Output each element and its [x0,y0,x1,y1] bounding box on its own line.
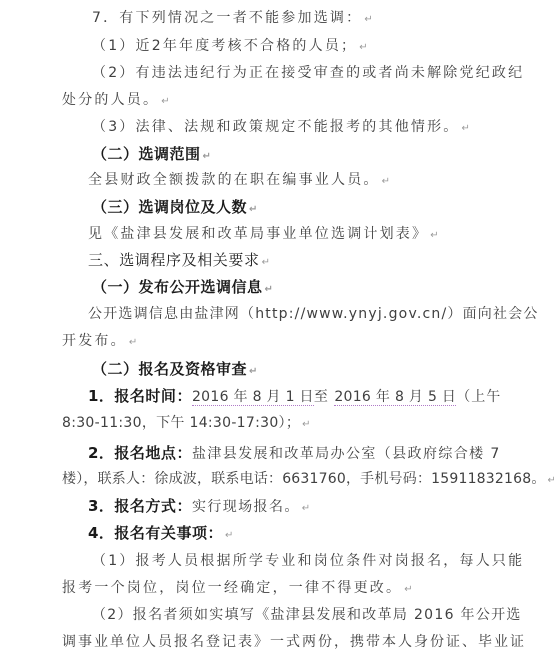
section-publish-heading: （一）发布公开选调信息↵ [92,277,273,300]
note-2-line1: （2）报名者须如实填写《盐津县发展和改革局 2016 年公开选 [92,605,522,625]
paragraph-mark-icon: ↵ [359,42,367,53]
exclusion-1: （1）近2年年度考核不合格的人员；↵ [92,36,368,58]
paragraph-mark-icon: ↵ [129,337,137,348]
registration-place-cont: 楼），联系人：徐成波，联系电话：6631760，手机号码：15911832168… [62,469,554,491]
paragraph-mark-icon: ↵ [161,96,169,107]
scope-text: 全县财政全额拨款的在职在编事业人员。↵ [88,170,390,192]
paragraph-mark-icon: ↵ [302,503,310,514]
section-3-heading: 三、选调程序及相关要求↵ [88,250,270,273]
paragraph-mark-icon: ↵ [548,475,554,486]
registration-time-cont: 8:30-11:30，下午 14:30-17:30）；↵ [62,413,311,435]
note-1-line2: 报考一个岗位，岗位一经确定，一律不得更改。↵ [62,578,413,600]
line-text: 调事业单位人员报名登记表》一式两份，携带本人身份证、毕业证 [62,634,526,650]
publish-text-line2: 开发布。↵ [62,331,137,353]
registration-place-label: 2．报名地点： [88,444,192,462]
paragraph-mark-icon: ↵ [404,584,412,595]
date-start: 2016 年 8 月 1 日 [192,389,314,406]
heading-text: （二）选调范围 [92,145,201,163]
line-text: （2）报名者须如实填写《盐津县发展和改革局 2016 年公开选 [92,607,522,623]
publish-text-line1: 公开选调信息由盐津网（http://www.ynyj.gov.cn/）面向社会公 [88,304,539,324]
section-scope-heading: （二）选调范围↵ [92,144,211,167]
line-text: 8:30-11:30，下午 14:30-17:30）； [62,415,300,431]
paragraph-mark-icon: ↵ [462,123,470,134]
registration-time: 1．报名时间：2016 年 8 月 1 日至 2016 年 8 月 5 日（上午 [88,386,501,407]
date-after: （上午 [456,389,501,405]
section-registration-heading: （二）报名及资格审查↵ [92,359,257,382]
line-text: 全县财政全额拨款的在职在编事业人员。 [88,172,380,188]
line-text: （1）报考人员根据所学专业和岗位条件对岗报名，每人只能 [92,553,524,569]
note-1-line1: （1）报考人员根据所学专业和岗位条件对岗报名，每人只能 [92,551,524,571]
paragraph-mark-icon: ↵ [382,176,390,187]
line-text: 见《盐津县发展和改革局事业单位选调计划表》 [88,226,428,242]
paragraph-mark-icon: ↵ [249,204,257,215]
registration-method-label: 3．报名方式： [88,497,192,515]
exclusion-2-line2: 处分的人员。↵ [62,90,170,112]
line-text: 楼），联系人：徐成波，联系电话：6631760，手机号码：15911832168… [62,471,546,487]
line-text: 7．有下列情况之一者不能参加选调： [92,10,362,26]
heading-text: （二）报名及资格审查 [92,360,247,378]
line-text: （3）法律、法规和政策规定不能报考的其他情形。 [92,119,460,135]
paragraph-mark-icon: ↵ [430,230,438,241]
line-text: 报考一个岗位，岗位一经确定，一律不得更改。 [62,580,402,596]
registration-place: 2．报名地点：盐津县发展和改革局办公室（县政府综合楼 7 [88,443,501,464]
note-2-line2: 调事业单位人员报名登记表》一式两份，携带本人身份证、毕业证 [62,632,526,652]
section-positions-heading: （三）选调岗位及人数↵ [92,197,257,220]
paragraph-mark-icon: ↵ [364,14,372,25]
paragraph-mark-icon: ↵ [225,530,233,541]
line-text: 处分的人员。 [62,92,159,108]
registration-method-value: 实行现场报名。 [192,499,300,515]
line-text: （1）近2年年度考核不合格的人员； [92,38,357,54]
document-page: 7．有下列情况之一者不能参加选调：↵ （1）近2年年度考核不合格的人员；↵ （2… [0,0,554,659]
paragraph-mark-icon: ↵ [249,366,257,377]
paragraph-mark-icon: ↵ [265,284,273,295]
positions-text: 见《盐津县发展和改革局事业单位选调计划表》↵ [88,224,439,246]
date-between: 至 [314,389,329,405]
registration-notes-label: 4．报名有关事项： [88,524,223,542]
paragraph-mark-icon: ↵ [262,257,270,268]
paragraph-mark-icon: ↵ [302,419,310,430]
registration-place-value: 盐津县发展和改革局办公室（县政府综合楼 7 [192,446,501,462]
line-text: 开发布。 [62,333,127,349]
registration-method: 3．报名方式：实行现场报名。↵ [88,496,310,519]
exclusion-3: （3）法律、法规和政策规定不能报考的其他情形。↵ [92,117,470,139]
heading-text: （三）选调岗位及人数 [92,198,247,216]
line-text: 公开选调信息由盐津网（http://www.ynyj.gov.cn/）面向社会公 [88,306,539,322]
line-text: （2）有违法违纪行为正在接受审查的或者尚未解除党纪政纪 [92,65,524,81]
registration-time-label: 1．报名时间： [88,387,192,405]
heading-text: （一）发布公开选调信息 [92,278,263,296]
item-7-heading: 7．有下列情况之一者不能参加选调：↵ [92,8,373,30]
registration-notes-heading: 4．报名有关事项：↵ [88,523,233,546]
heading-text: 三、选调程序及相关要求 [88,251,260,269]
exclusion-2-line1: （2）有违法违纪行为正在接受审查的或者尚未解除党纪政纪 [92,63,524,83]
paragraph-mark-icon: ↵ [203,151,211,162]
date-end: 2016 年 8 月 5 日 [334,389,456,406]
